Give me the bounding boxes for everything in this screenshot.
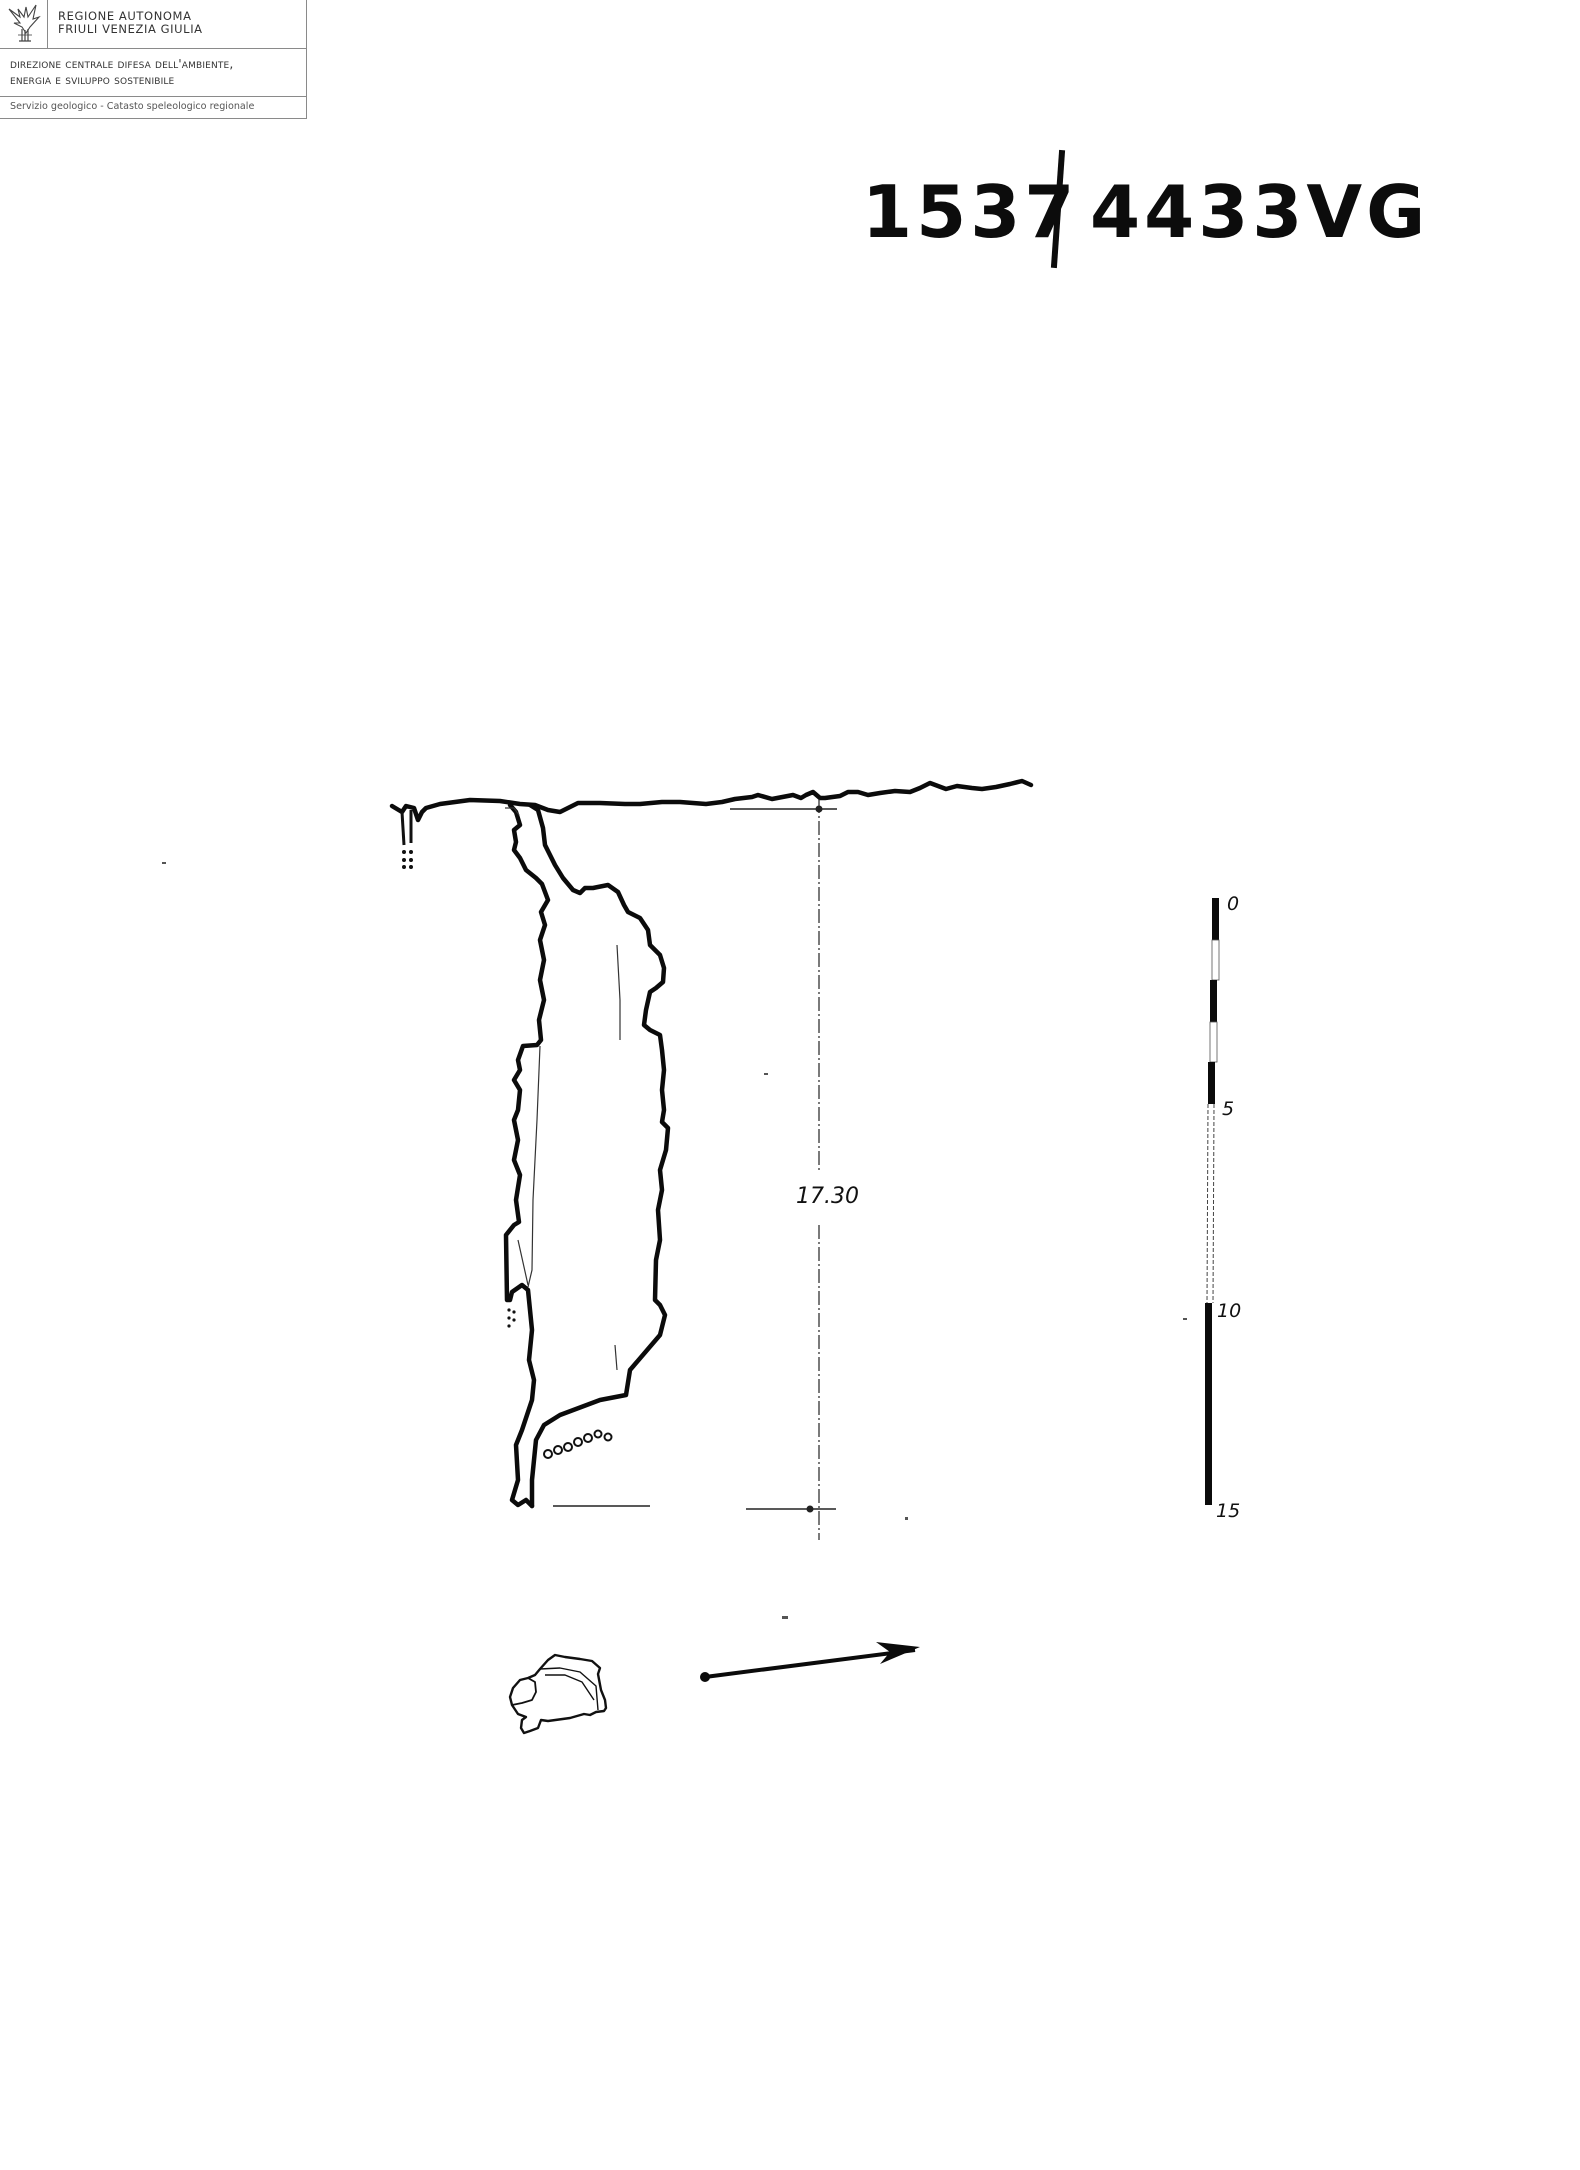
scan-speckles [162,862,1187,1619]
direction-arrow-icon [700,1642,920,1682]
scale-label-15: 15 [1216,1500,1240,1522]
floor-rubble [544,1431,612,1459]
scale-label-10: 10 [1217,1300,1241,1322]
scale-label-0: 0 [1227,893,1239,915]
cave-section-outline [392,781,1031,1506]
depth-dimension [730,799,837,1540]
depth-dimension-label: 17.30 [796,1184,859,1209]
scale-label-5: 5 [1222,1098,1234,1120]
cave-survey-drawing [0,0,1580,2170]
scale-bar-graphic [1205,898,1219,1505]
stalactite-dots [402,810,516,1328]
cave-plan-view [510,1655,606,1733]
